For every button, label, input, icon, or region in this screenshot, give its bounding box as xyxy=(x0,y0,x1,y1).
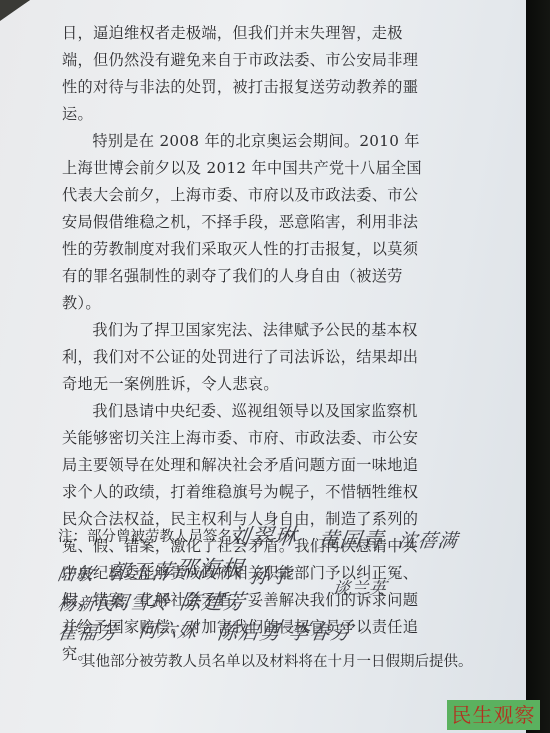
signature: 沈蓓满 xyxy=(396,526,460,553)
signature: 崔福芳 xyxy=(56,618,120,645)
footer-note: 其他部分被劳教人员名单以及材料将在十月一日假期后提供。 xyxy=(81,650,473,671)
signature: 陈建芳 xyxy=(178,586,248,616)
signature: 郭玉萍 xyxy=(106,556,176,586)
signature-note-label: 注：部分曾被劳教人员签名： xyxy=(58,525,247,546)
paragraph-2: 特别是在 2008 年的北京奥运会期间。2010 年上海世博会前夕以及 2012… xyxy=(62,128,427,317)
signature: 李春芳 xyxy=(287,616,354,645)
signature: 周雪玲 xyxy=(108,588,172,615)
signature: 陈启勇 xyxy=(216,616,283,645)
paragraph-1: 日，逼迫维权者走极端，但我们并末失理智，走极端，但仍然没有避免来自于市政法委、市… xyxy=(62,20,427,128)
signature: 黄国青 xyxy=(316,524,386,554)
signature: 何六妹 xyxy=(136,616,200,643)
background-edge xyxy=(526,0,550,733)
watermark-badge: 民生观察 xyxy=(447,700,540,730)
signature: 邵海根 xyxy=(173,552,246,583)
signature: 陆敏 xyxy=(56,560,96,585)
signature: 谈兰英 xyxy=(331,574,389,599)
signature: 刘翠琳 xyxy=(226,520,299,551)
signature: 孙宇 xyxy=(248,560,294,589)
paragraph-3: 我们为了捍卫国家宪法、法律赋予公民的基本权利，我们对不公证的处罚进行了司法诉讼，… xyxy=(62,317,427,398)
